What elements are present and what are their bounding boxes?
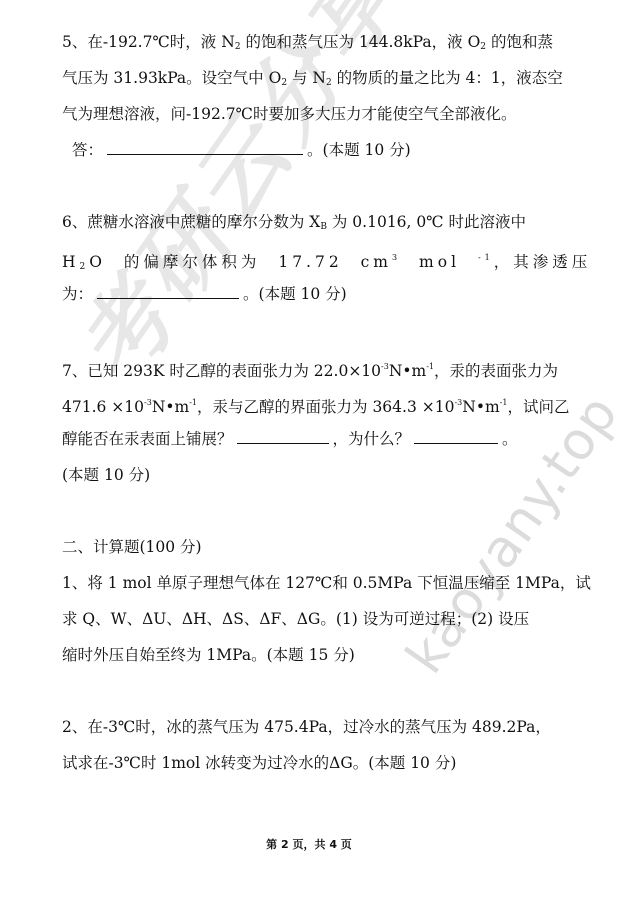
text: 5、在-192.7℃时，液 N xyxy=(62,33,235,51)
text: 醇能否在汞表面上铺展？ xyxy=(62,430,233,448)
answer-blank[interactable] xyxy=(97,284,239,299)
answer-blank-2[interactable] xyxy=(414,429,498,444)
q7-line-2: 471.6 ×10-3N•m-1，汞与乙醇的界面张力为 364.3 ×10-3N… xyxy=(62,393,569,417)
text: N•m xyxy=(389,362,426,380)
superscript: -1 xyxy=(478,253,494,262)
superscript: -3 xyxy=(144,398,152,407)
text: ，汞与乙醇的界面张力为 364.3 ×10 xyxy=(197,398,454,416)
text: 与 N xyxy=(287,69,326,87)
text: 的物质的量之比为 4：1，液态空 xyxy=(332,69,563,87)
watermark-chinese: 考研云分享 xyxy=(40,0,429,406)
calc-q1-line-2: 求 Q、W、ΔU、ΔH、ΔS、ΔF、ΔG。(1) 设为可逆过程；(2) 设压 xyxy=(62,609,529,629)
text: O 的偏摩尔体积为 17.72 cm xyxy=(89,253,392,271)
text: H xyxy=(62,253,80,271)
text: 。 xyxy=(502,430,518,448)
calc-q2-line-2: 试求在-3℃时 1mol 冰转变为过冷水的ΔG。(本题 10 分) xyxy=(62,753,456,773)
subscript: 2 xyxy=(80,262,90,272)
superscript: -3 xyxy=(381,362,389,371)
q5-answer-line: 答：。(本题 10 分) xyxy=(72,140,411,160)
text: ，其渗透压 xyxy=(494,253,592,271)
q5-line-3: 气为理想溶液，问-192.7℃时要加多大压力才能使空气全部液化。 xyxy=(62,104,516,124)
answer-blank-1[interactable] xyxy=(237,429,329,444)
calc-q1-line-3: 缩时外压自始至终为 1MPa。(本题 15 分) xyxy=(62,645,355,665)
superscript: -1 xyxy=(189,398,197,407)
q5-line-2: 气压为 31.93kPa。设空气中 O2 与 N2 的物质的量之比为 4：1，液… xyxy=(62,68,563,93)
text: ，为什么？ xyxy=(333,430,411,448)
text: 的饱和蒸气压为 144.8kPa，液 O xyxy=(241,33,481,51)
text: N•m xyxy=(152,398,189,416)
text: 的饱和蒸 xyxy=(486,33,553,51)
section-2-title: 二、计算题(100 分) xyxy=(62,537,202,557)
q6-answer-line: 为：。(本题 10 分) xyxy=(62,284,347,304)
text: 气压为 31.93kPa。设空气中 O xyxy=(62,69,281,87)
text: N•m xyxy=(462,398,499,416)
text: mol xyxy=(401,253,478,271)
score-note: 。(本题 10 分) xyxy=(243,285,347,303)
answer-blank[interactable] xyxy=(107,140,303,155)
superscript: 3 xyxy=(392,253,401,262)
text: ，汞的表面张力为 xyxy=(434,362,558,380)
q7-score-note: (本题 10 分) xyxy=(62,465,150,485)
calc-q2-line-1: 2、在-3℃时，冰的蒸气压为 475.4Pa，过冷水的蒸气压为 489.2Pa， xyxy=(62,717,551,737)
q5-line-1: 5、在-192.7℃时，液 N2 的饱和蒸气压为 144.8kPa，液 O2 的… xyxy=(62,32,553,57)
text: 7、已知 293K 时乙醇的表面张力为 22.0×10 xyxy=(62,362,381,380)
page-number: 第 2 页，共 4 页 xyxy=(0,836,618,852)
calc-q1-line-1: 1、将 1 mol 单原子理想气体在 127℃和 0.5MPa 下恒温压缩至 1… xyxy=(62,573,591,593)
score-note: 。(本题 10 分) xyxy=(307,141,411,159)
q7-line-1: 7、已知 293K 时乙醇的表面张力为 22.0×10-3N•m-1，汞的表面张… xyxy=(62,357,558,381)
q6-line-1: 6、蔗糖水溶液中蔗糖的摩尔分数为 XB 为 0.1016, 0℃ 时此溶液中 xyxy=(62,212,526,237)
text: ，试问乙 xyxy=(507,398,569,416)
answer-label: 为： xyxy=(62,285,93,303)
superscript: -1 xyxy=(426,362,434,371)
subscript: B xyxy=(320,222,327,232)
answer-label: 答： xyxy=(72,141,103,159)
text: 为 0.1016, 0℃ 时此溶液中 xyxy=(327,213,526,231)
text: 471.6 ×10 xyxy=(62,398,144,416)
text: 6、蔗糖水溶液中蔗糖的摩尔分数为 X xyxy=(62,213,320,231)
q7-line-3: 醇能否在汞表面上铺展？，为什么？。 xyxy=(62,429,518,449)
q6-line-2: H2O 的偏摩尔体积为 17.72 cm3 mol -1，其渗透压 xyxy=(62,248,591,277)
